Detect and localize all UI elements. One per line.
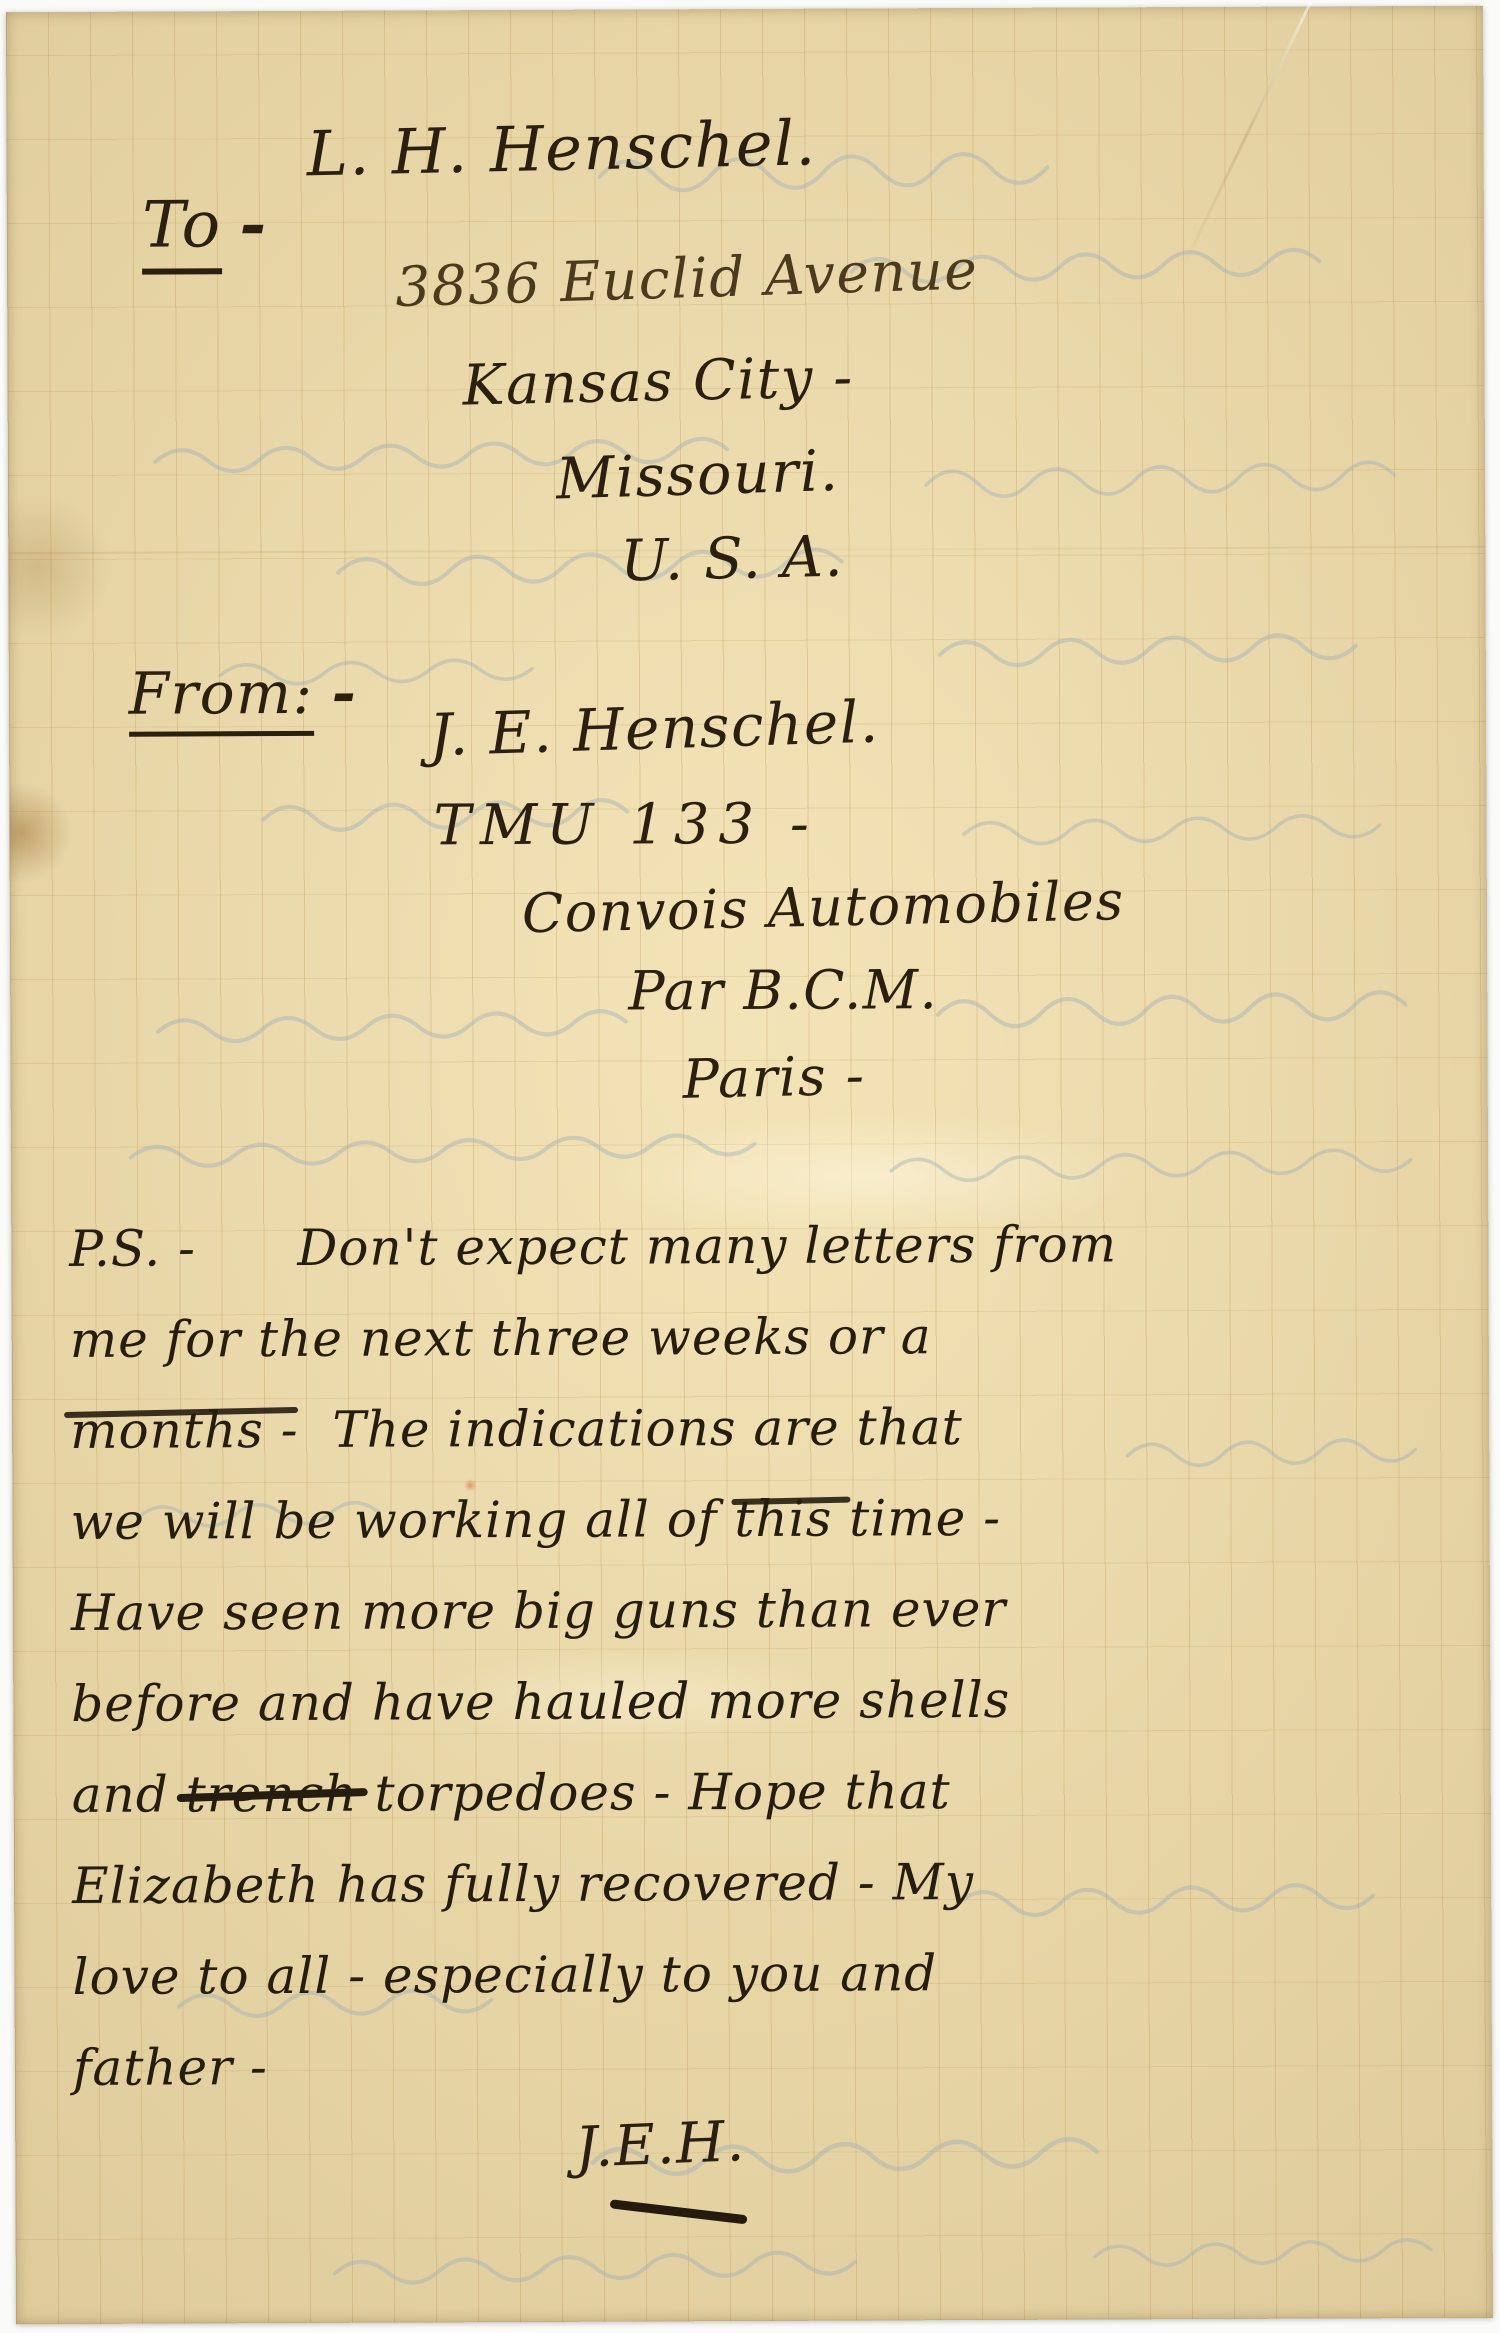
to-label-line: To- xyxy=(54,129,268,322)
ps-line: we will be working all of this time - xyxy=(70,1487,1470,1584)
ps-line: me for the next three weeks or a xyxy=(70,1305,1470,1402)
ps-line: before and have hauled more shells xyxy=(71,1669,1471,1766)
recipient-city: Kansas City - xyxy=(462,350,854,415)
ps-line: P.S. - Don't expect many letters from xyxy=(69,1214,1469,1311)
from-separator: - xyxy=(313,659,357,727)
ps-line: months - The indications are that xyxy=(70,1396,1470,1493)
recipient-state: Missouri. xyxy=(555,443,840,509)
sender-bureau: Par B.C.M. xyxy=(628,963,938,1018)
letter-paper: To- L. H. Henschel. 3836 Euclid Avenue K… xyxy=(6,6,1493,2324)
scanned-letter-page: { "document": { "kind": "handwritten let… xyxy=(0,0,1500,2333)
sender-name: J. E. Henschel. xyxy=(428,693,880,765)
sender-city: Paris - xyxy=(682,1049,866,1107)
to-label: To xyxy=(142,188,222,274)
to-separator: - xyxy=(221,187,267,262)
ps-line: father - xyxy=(73,2033,1473,2130)
sender-unit: TMU 133 - xyxy=(433,797,818,855)
signature-initials: J.E.H. xyxy=(574,2114,746,2177)
ps-line: love to all - especially to you and xyxy=(72,1942,1472,2039)
ps-line: Have seen more big guns than ever xyxy=(71,1578,1471,1675)
ps-paragraph: P.S. - Don't expect many letters fromme … xyxy=(69,1214,1473,2130)
from-label: From: xyxy=(129,659,314,737)
recipient-street: 3836 Euclid Avenue xyxy=(394,242,979,315)
recipient-name: L. H. Henschel. xyxy=(306,112,817,185)
from-label-line: From:- xyxy=(49,606,358,781)
sender-convoy: Convois Automobiles xyxy=(521,874,1125,941)
signature-flourish xyxy=(610,2199,748,2224)
ps-line: and trench torpedoes - Hope that xyxy=(72,1760,1472,1857)
recipient-country: U. S. A. xyxy=(620,529,845,591)
ps-line: Elizabeth has fully recovered - My xyxy=(72,1851,1472,1948)
paper-crease xyxy=(1180,0,1313,271)
